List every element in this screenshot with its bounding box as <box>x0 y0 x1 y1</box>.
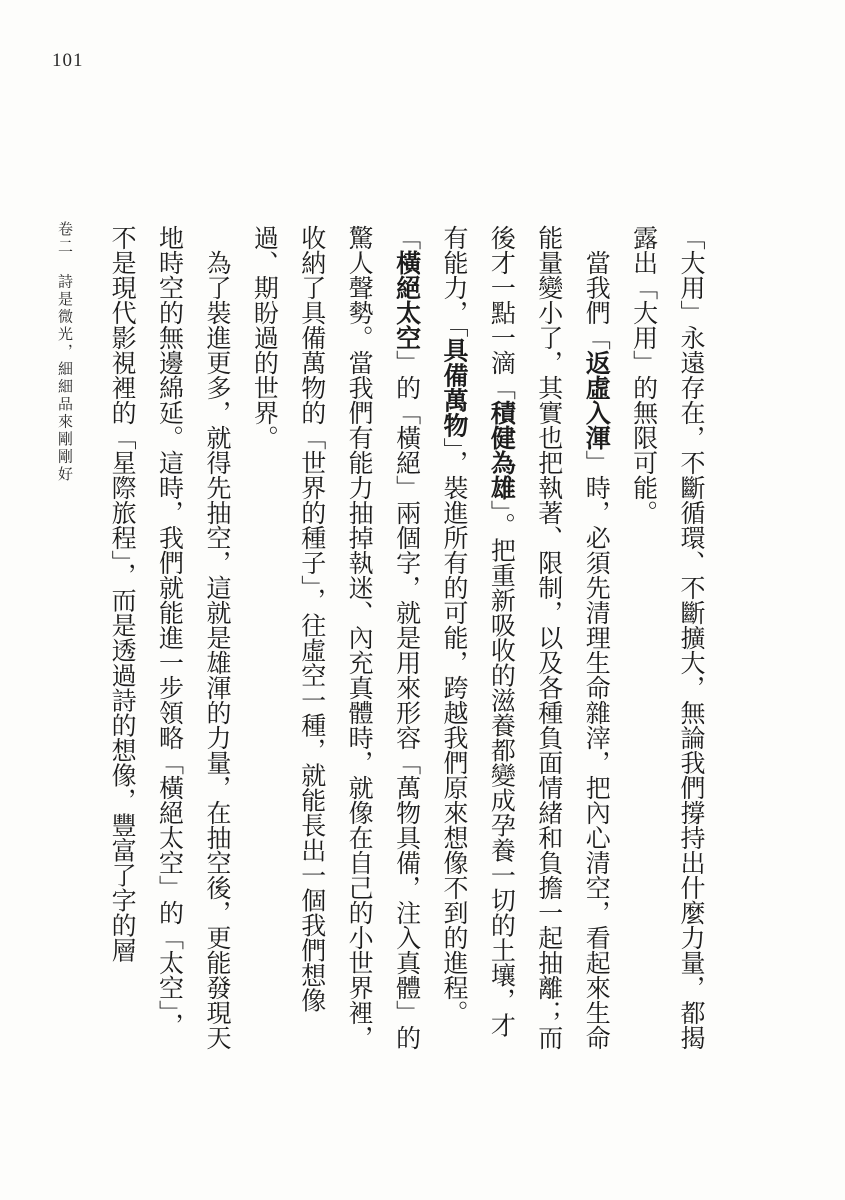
article-body: 「大用」永遠存在，不斷循環、不斷擴大，無論我們撐持出什麼力量，都揭露出「大用」的… <box>92 225 714 1053</box>
paragraph: 為了裝進更多，就得先抽空，這就是雄渾的力量，在抽空後，更能發現天地時空的無邊綿延… <box>98 225 240 1053</box>
text-run: 為了裝進更多，就得先抽空，這就是雄渾的力量，在抽空後，更能發現天地時空的無邊綿延… <box>108 225 230 1050</box>
text-run: 當我們「 <box>582 250 609 350</box>
paragraph: 當我們「返虛入渾」時，必須先清理生命雜滓，把內心清空，看起來生命能量變小了，其實… <box>240 225 619 1053</box>
text-run: 「大用」永遠存在，不斷循環、不斷擴大，無論我們撐持出什麼力量，都揭露出「大用」的… <box>630 225 704 1050</box>
page-number: 101 <box>52 50 84 72</box>
margin-running-title: 卷二 詩是微光，細細品來剛剛好 <box>54 221 75 781</box>
emphasized-phrase: 橫絕太空 <box>393 250 420 350</box>
book-page: 101 卷二 詩是微光，細細品來剛剛好 「大用」永遠存在，不斷循環、不斷擴大，無… <box>0 0 845 1200</box>
emphasized-phrase: 積健為雄 <box>487 400 514 500</box>
paragraph: 「大用」永遠存在，不斷循環、不斷擴大，無論我們撐持出什麼力量，都揭露出「大用」的… <box>619 225 714 1053</box>
emphasized-phrase: 具備萬物 <box>440 338 467 438</box>
emphasized-phrase: 返虛入渾 <box>582 350 609 450</box>
